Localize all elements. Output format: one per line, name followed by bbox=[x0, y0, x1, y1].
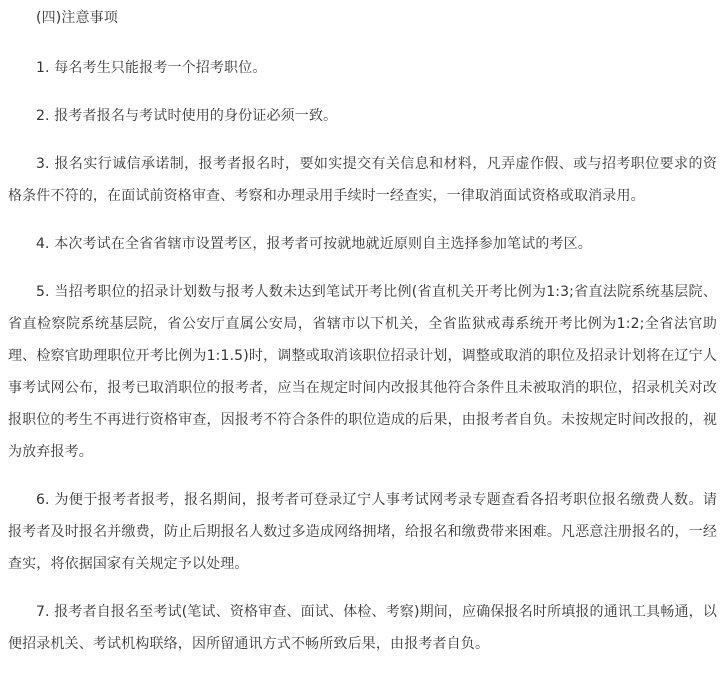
notice-item-7: 7. 报考者自报名至考试(笔试、资格审查、面试、体检、考察)期间，应确保报名时所… bbox=[8, 596, 717, 660]
notice-item-3: 3. 报名实行诚信承诺制，报考者报名时，要如实提交有关信息和材料，凡弄虚作假、或… bbox=[8, 148, 717, 212]
notice-item-5: 5. 当招考职位的招录计划数与报考人数未达到笔试开考比例(省直机关开考比例为1:… bbox=[8, 276, 717, 468]
notice-item-1: 1. 每名考生只能报考一个招考职位。 bbox=[8, 52, 717, 84]
notice-item-6: 6. 为便于报考者报考，报名期间，报考者可登录辽宁人事考试网考录专题查看各招考职… bbox=[8, 484, 717, 580]
notice-item-4: 4. 本次考试在全省省辖市设置考区，报考者可按就地就近原则自主选择参加笔试的考区… bbox=[8, 228, 717, 260]
document-body: (四)注意事项 1. 每名考生只能报考一个招考职位。 2. 报考者报名与考试时使… bbox=[0, 0, 725, 660]
notice-item-2: 2. 报考者报名与考试时使用的身份证必须一致。 bbox=[8, 100, 717, 132]
section-heading: (四)注意事项 bbox=[8, 2, 717, 34]
